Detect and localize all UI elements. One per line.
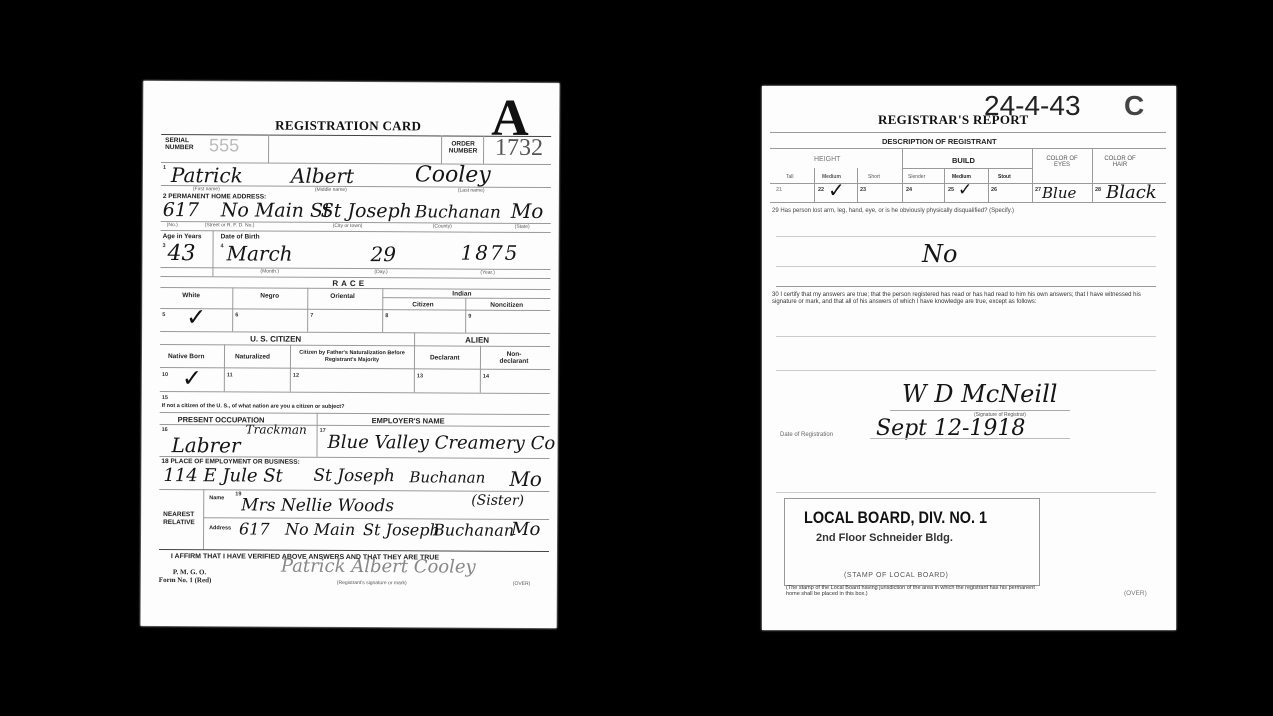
- relative-address-number: 617: [239, 519, 270, 538]
- employer-value: Blue Valley Creamery Co: [327, 432, 555, 454]
- alien-heading: ALIEN: [465, 336, 489, 345]
- relative-address-city: St Joseph: [363, 520, 440, 539]
- native-born-checkmark-icon: ✓: [182, 364, 202, 392]
- home-street: No Main St: [221, 199, 331, 222]
- date-label: Date of Registration: [780, 432, 833, 438]
- q29-question: 29 Has person lost arm, leg, hand, eye, …: [772, 208, 1162, 214]
- stamp-line-2: 2nd Floor Schneider Bldg.: [816, 532, 953, 544]
- stamp-note: (The stamp of the Local Board having jur…: [786, 585, 1042, 597]
- place-state: Mo: [509, 467, 542, 491]
- q29-answer: No: [922, 240, 957, 268]
- height-medium-checkmark-icon: ✓: [828, 178, 845, 202]
- hair-color: Black: [1106, 182, 1157, 203]
- dob-label: Date of Birth: [221, 233, 260, 240]
- description-heading: DESCRIPTION OF REGISTRANT: [882, 137, 997, 146]
- age-value: 43: [167, 241, 195, 266]
- build-medium-checkmark-icon: ✓: [958, 180, 972, 200]
- dob-month: March: [226, 241, 292, 265]
- home-state: Mo: [511, 199, 544, 223]
- relative-address-street: No Main: [285, 520, 355, 539]
- registrars-report-card: REGISTRAR'S REPORT 24-4-43 C DESCRIPTION…: [762, 86, 1176, 630]
- dob-year: 1875: [460, 241, 519, 265]
- stamp-letter: C: [1124, 90, 1144, 122]
- relative-address-state: Mo: [511, 519, 540, 540]
- order-value: 1732: [495, 135, 543, 162]
- occupation-value: Labrer: [171, 433, 240, 457]
- nearest-relative-label: NEAREST RELATIVE: [163, 511, 201, 527]
- relative-name: Mrs Nellie Woods: [241, 495, 394, 516]
- place-street: 114 E Jule St: [163, 465, 283, 487]
- order-label: ORDER NUMBER: [448, 141, 478, 155]
- first-name: Patrick: [171, 163, 243, 187]
- serial-value: 555: [209, 135, 239, 156]
- age-label: Age in Years: [163, 233, 202, 240]
- stamp-caption: (STAMP OF LOCAL BOARD): [844, 572, 948, 579]
- card-title: REGISTRATION CARD: [275, 118, 421, 135]
- white-checkmark-icon: ✓: [186, 303, 206, 331]
- home-number: 617: [163, 199, 199, 221]
- registration-card-front: REGISTRATION CARD A SERIAL NUMBER 555 OR…: [141, 81, 560, 628]
- registrar-signature: W D McNeill: [902, 380, 1057, 408]
- serial-label: SERIAL NUMBER: [165, 137, 193, 151]
- relative-address-county: Buchanan: [433, 520, 514, 539]
- home-city: St Joseph: [321, 200, 412, 222]
- q30-certification: 30 I certify that my answers are true; t…: [772, 292, 1162, 306]
- us-citizen-heading: U. S. CITIZEN: [250, 334, 301, 343]
- occupation-note: Trackman: [246, 422, 307, 436]
- q15-question: If not a citizen of the U. S., of what n…: [162, 403, 345, 410]
- stamp-line-1: LOCAL BOARD, DIV. NO. 1: [804, 508, 987, 528]
- last-name: Cooley: [415, 162, 491, 187]
- employer-label: EMPLOYER'S NAME: [372, 416, 445, 425]
- registrant-signature: Patrick Albert Cooley: [281, 556, 476, 578]
- race-heading: RACE: [332, 279, 367, 288]
- dob-day: 29: [370, 242, 396, 266]
- relative-relation: (Sister): [471, 493, 524, 509]
- place-city: St Joseph: [313, 466, 395, 486]
- stamp-number: 24-4-43: [984, 90, 1081, 122]
- home-county: Buchanan: [415, 202, 501, 222]
- place-county: Buchanan: [409, 468, 485, 486]
- eye-color: Blue: [1042, 184, 1076, 202]
- middle-name: Albert: [291, 164, 354, 188]
